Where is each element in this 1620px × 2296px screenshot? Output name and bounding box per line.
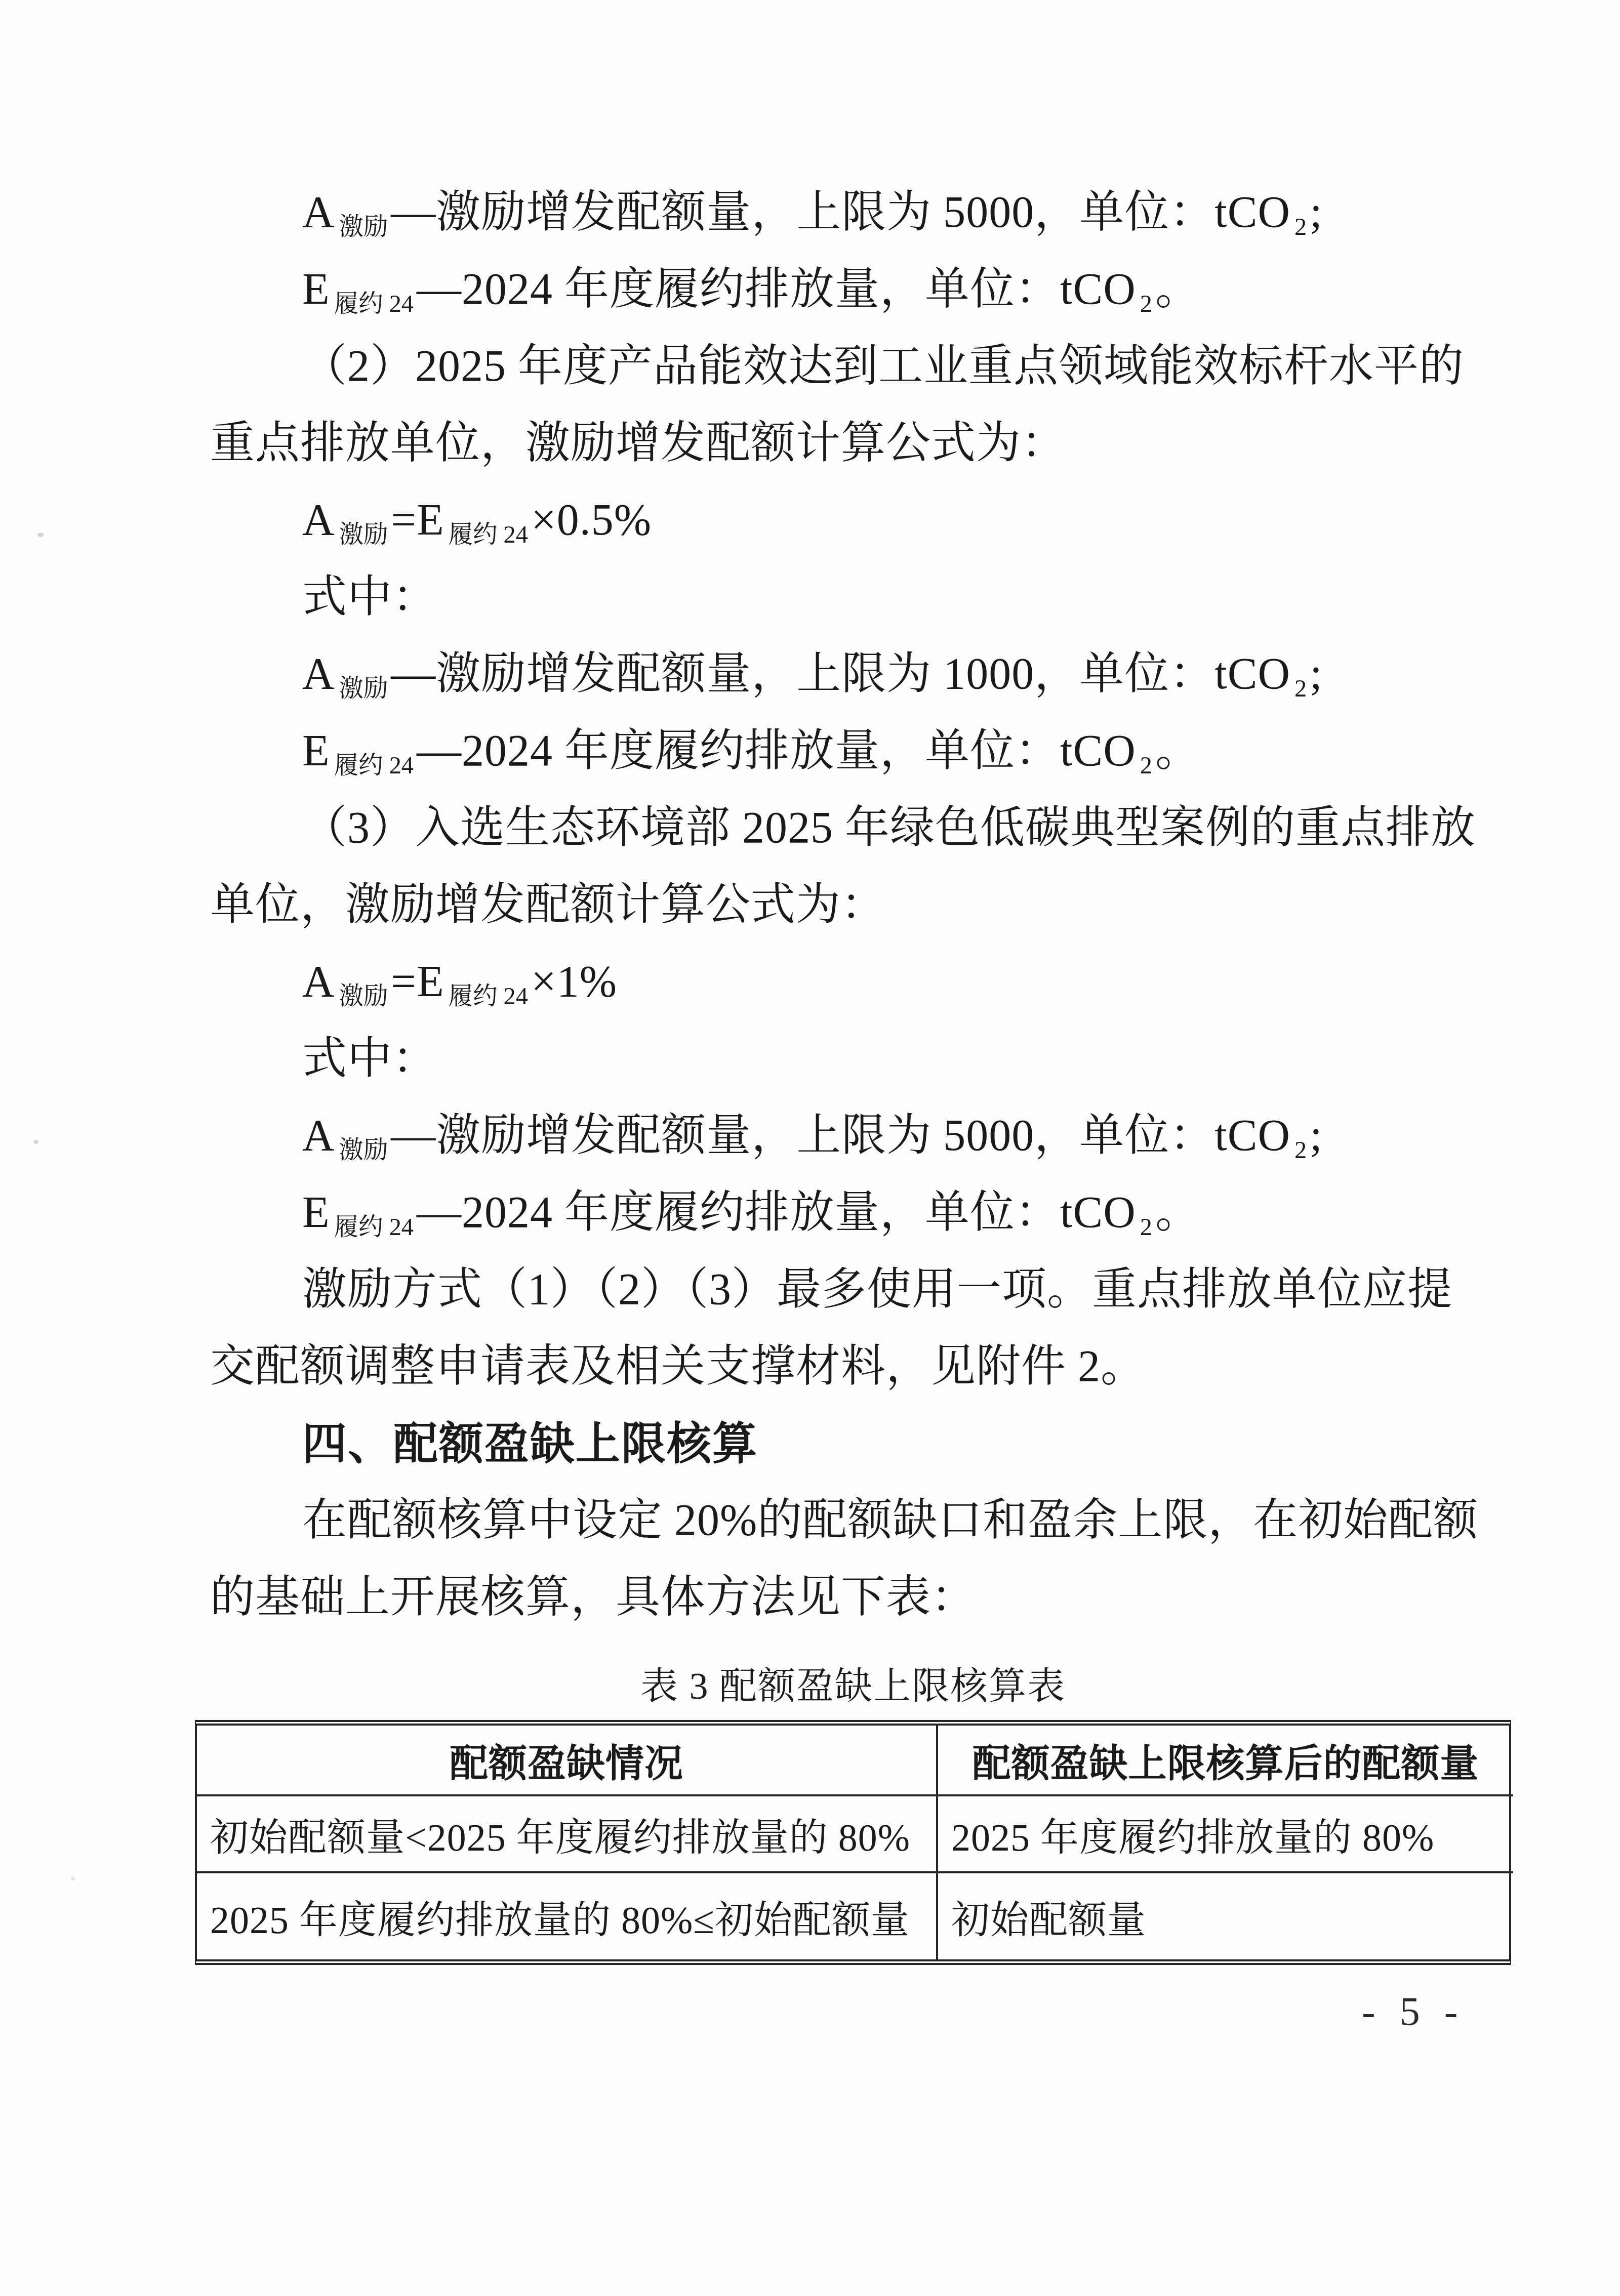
subscript: 2 bbox=[1294, 214, 1307, 240]
subscript: 激励 bbox=[339, 675, 388, 702]
line-e-def-second: E履约 24—2024 年度履约排放量，单位：tCO2。 bbox=[210, 713, 1461, 790]
scan-speck bbox=[37, 532, 44, 537]
subscript: 2 bbox=[1294, 1137, 1307, 1164]
line-e-def-third: E履约 24—2024 年度履约排放量，单位：tCO2。 bbox=[210, 1174, 1461, 1251]
text-segment: A bbox=[302, 496, 335, 545]
line-item2-cont: 重点排放单位，激励增发配额计算公式为： bbox=[210, 405, 1461, 482]
line-item3-cont: 单位，激励增发配额计算公式为： bbox=[210, 867, 1461, 944]
text-segment: E bbox=[302, 1188, 330, 1237]
line-formula-05: A激励=E履约 24×0.5% bbox=[210, 482, 1461, 559]
line-section4-para-start: 在配额核算中设定 20%的配额缺口和盈余上限，在初始配额 bbox=[210, 1482, 1461, 1559]
text-segment: 式中： bbox=[302, 572, 437, 622]
table-cell-row2-situation: 2025 年度履约排放量的 80%≤初始配额量 bbox=[197, 1873, 936, 1959]
text-segment: ; bbox=[1310, 1111, 1322, 1160]
subscript: 激励 bbox=[339, 1137, 388, 1164]
table-header-quota-after-cap: 配额盈缺上限核算后的配额量 bbox=[936, 1726, 1513, 1796]
line-section4-para-cont: 的基础上开展核算，具体方法见下表： bbox=[210, 1559, 1461, 1636]
line-e-def-first: E履约 24—2024 年度履约排放量，单位：tCO2。 bbox=[210, 251, 1461, 328]
subscript: 2 bbox=[1140, 1214, 1152, 1241]
subscript: 2 bbox=[1294, 675, 1307, 702]
text-segment: —2024 年度履约排放量，单位：tCO bbox=[417, 1188, 1136, 1237]
table-header-quota-situation: 配额盈缺情况 bbox=[197, 1726, 936, 1796]
line-formula-1: A激励=E履约 24×1% bbox=[210, 944, 1461, 1020]
page-number: - 5 - bbox=[1362, 1989, 1465, 2035]
text-segment: =E bbox=[391, 496, 444, 545]
text-segment: 激励方式（1）（2）（3）最多使用一项。重点排放单位应提 bbox=[302, 1265, 1452, 1314]
subscript: 激励 bbox=[339, 983, 388, 1010]
text-segment: 单位，激励增发配额计算公式为： bbox=[210, 880, 886, 929]
text-segment: 的基础上开展核算，具体方法见下表： bbox=[210, 1573, 976, 1622]
subscript: 履约 24 bbox=[449, 983, 528, 1010]
line-incentive-rule-start: 激励方式（1）（2）（3）最多使用一项。重点排放单位应提 bbox=[210, 1251, 1461, 1328]
text-segment: ; bbox=[1310, 649, 1322, 699]
text-segment: A bbox=[302, 649, 335, 699]
text-segment: A bbox=[302, 1111, 335, 1160]
table-cell-row1-situation: 初始配额量<2025 年度履约排放量的 80% bbox=[197, 1796, 936, 1873]
subscript: 激励 bbox=[339, 521, 388, 548]
text-segment: A bbox=[302, 957, 335, 1006]
line-a-def-5000-first: A激励—激励增发配额量，上限为 5000，单位：tCO2; bbox=[210, 174, 1461, 251]
text-segment: E bbox=[302, 726, 330, 775]
section-heading-4: 四、配额盈缺上限核算 bbox=[210, 1405, 1461, 1482]
quota-allowance-table: 配额盈缺情况 配额盈缺上限核算后的配额量 初始配额量<2025 年度履约排放量的… bbox=[195, 1720, 1511, 1965]
text-segment: （3）入选生态环境部 2025 年绿色低碳典型案例的重点排放 bbox=[302, 803, 1476, 852]
text-segment: —2024 年度履约排放量，单位：tCO bbox=[417, 726, 1136, 775]
table-cell-row1-result: 2025 年度履约排放量的 80% bbox=[936, 1796, 1513, 1873]
text-segment: ×1% bbox=[531, 957, 617, 1006]
text-segment: E bbox=[302, 265, 330, 314]
text-segment: —激励增发配额量，上限为 1000，单位：tCO bbox=[391, 649, 1290, 699]
line-shizhong-2: 式中： bbox=[210, 1020, 1461, 1097]
scan-speck bbox=[33, 1140, 38, 1144]
table-caption: 表 3 配额盈缺上限核算表 bbox=[195, 1656, 1511, 1717]
document-body: A激励—激励增发配额量，上限为 5000，单位：tCO2;E履约 24—2024… bbox=[210, 174, 1461, 1636]
scan-speck bbox=[71, 1877, 75, 1880]
text-segment: 。 bbox=[1155, 726, 1200, 775]
text-segment: ×0.5% bbox=[531, 496, 652, 545]
line-item3-start: （3）入选生态环境部 2025 年绿色低碳典型案例的重点排放 bbox=[210, 790, 1461, 867]
subscript: 2 bbox=[1140, 291, 1152, 317]
text-segment: —2024 年度履约排放量，单位：tCO bbox=[417, 265, 1136, 314]
text-segment: ; bbox=[1310, 188, 1322, 237]
text-segment: —激励增发配额量，上限为 5000，单位：tCO bbox=[391, 1111, 1290, 1160]
line-incentive-rule-cont: 交配额调整申请表及相关支撑材料，见附件 2。 bbox=[210, 1328, 1461, 1405]
text-segment: A bbox=[302, 188, 335, 237]
line-item2-start: （2）2025 年度产品能效达到工业重点领域能效标杆水平的 bbox=[210, 328, 1461, 405]
line-a-def-5000-second: A激励—激励增发配额量，上限为 5000，单位：tCO2; bbox=[210, 1097, 1461, 1174]
subscript: 2 bbox=[1140, 752, 1152, 779]
line-shizhong-1: 式中： bbox=[210, 559, 1461, 636]
text-segment: （2）2025 年度产品能效达到工业重点领域能效标杆水平的 bbox=[302, 342, 1464, 391]
text-segment: 。 bbox=[1155, 265, 1200, 314]
text-segment: —激励增发配额量，上限为 5000，单位：tCO bbox=[391, 188, 1290, 237]
subscript: 履约 24 bbox=[449, 521, 528, 548]
text-segment: 式中： bbox=[302, 1034, 437, 1083]
line-a-def-1000: A激励—激励增发配额量，上限为 1000，单位：tCO2; bbox=[210, 636, 1461, 713]
table-cell-row2-result: 初始配额量 bbox=[936, 1873, 1513, 1959]
text-segment: =E bbox=[391, 957, 444, 1006]
text-segment: 在配额核算中设定 20%的配额缺口和盈余上限，在初始配额 bbox=[302, 1496, 1478, 1545]
text-segment: 交配额调整申请表及相关支撑材料，见附件 2。 bbox=[210, 1342, 1146, 1391]
subscript: 激励 bbox=[339, 214, 388, 240]
subscript: 履约 24 bbox=[334, 752, 414, 779]
subscript: 履约 24 bbox=[334, 1214, 414, 1241]
text-segment: 。 bbox=[1155, 1188, 1200, 1237]
text-segment: 重点排放单位，激励增发配额计算公式为： bbox=[210, 419, 1066, 468]
text-segment: 四、配额盈缺上限核算 bbox=[302, 1418, 758, 1468]
document-page: A激励—激励增发配额量，上限为 5000，单位：tCO2;E履约 24—2024… bbox=[0, 0, 1620, 2296]
subscript: 履约 24 bbox=[334, 291, 414, 317]
